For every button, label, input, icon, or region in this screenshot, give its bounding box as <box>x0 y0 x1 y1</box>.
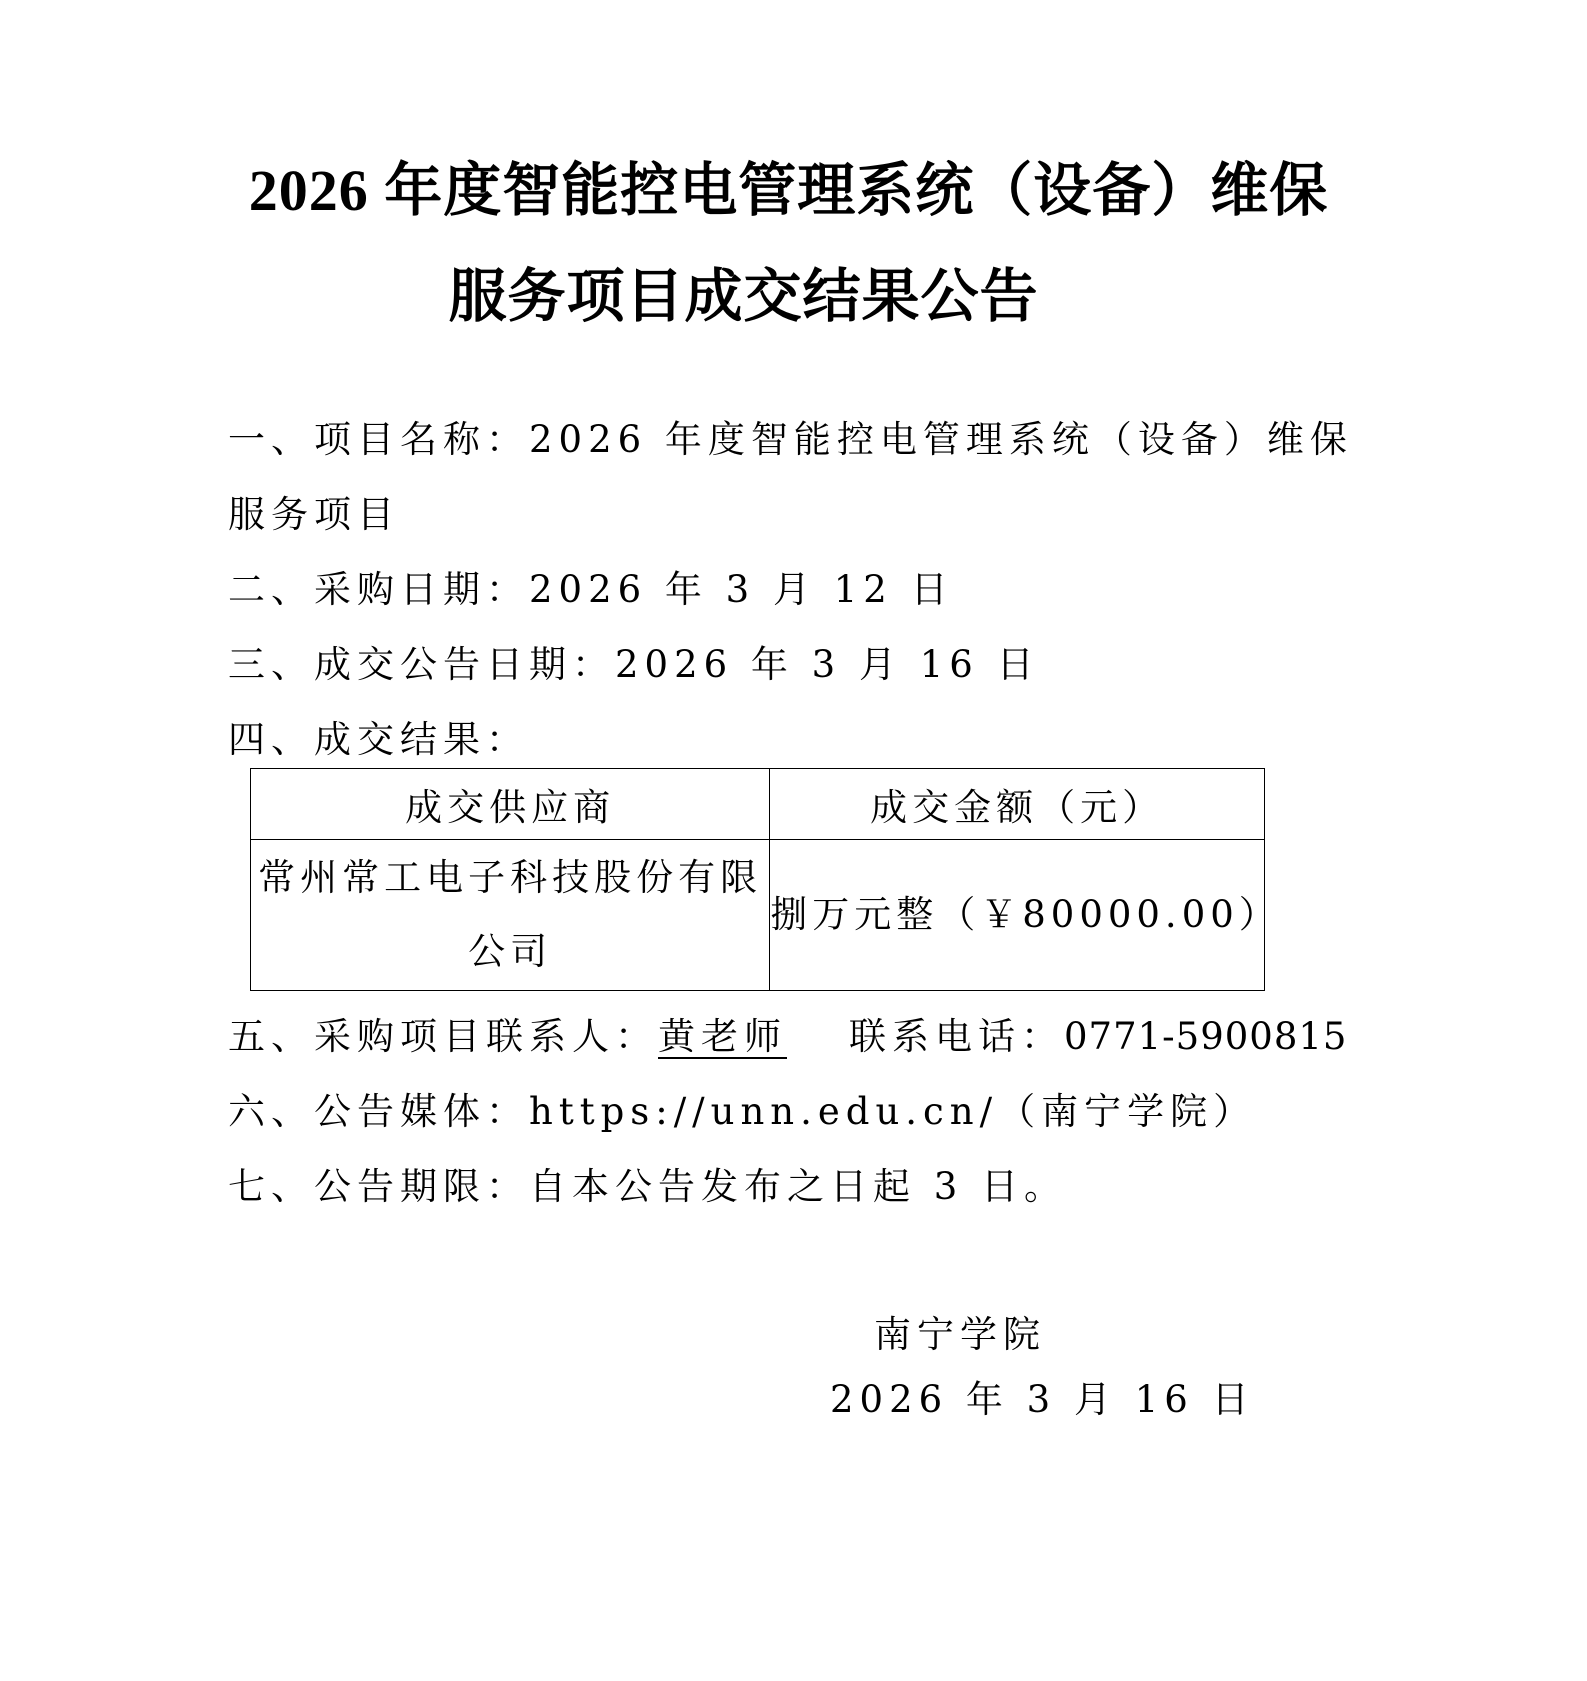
phone-label: 联系电话： <box>849 1015 1064 1058</box>
project-name-line: 一、项目名称：2026 年度智能控电管理系统（设备）维保 <box>228 415 1353 465</box>
supplier-name-line-1: 常州常工电子科技股份有限 <box>251 841 769 915</box>
period-line: 七、公告期限：自本公告发布之日起 3 日。 <box>228 1162 1067 1212</box>
announcement-date-line: 三、成交公告日期：2026 年 3 月 16 日 <box>228 640 1040 690</box>
announcement-date-value: 2026 年 3 月 16 日 <box>615 643 1040 686</box>
media-label: 六、公告媒体： <box>228 1090 529 1133</box>
project-name-continuation: 服务项目 <box>228 490 400 540</box>
document-title-line-2: 服务项目成交结果公告 <box>0 262 1537 332</box>
contact-line: 五、采购项目联系人：黄老师联系电话：0771-5900815 <box>228 1012 1347 1062</box>
announcement-date-label: 三、成交公告日期： <box>228 643 615 686</box>
signature-organization: 南宁学院 <box>874 1310 1046 1360</box>
supplier-name-line-2: 公司 <box>251 915 769 989</box>
amount-cell: 捌万元整（￥80000.00） <box>770 840 1265 991</box>
header-amount: 成交金额（元） <box>770 769 1265 840</box>
procurement-date-line: 二、采购日期：2026 年 3 月 12 日 <box>228 565 954 615</box>
signature-date: 2026 年 3 月 16 日 <box>830 1375 1255 1425</box>
media-line: 六、公告媒体：https://unn.edu.cn/（南宁学院） <box>228 1087 1256 1137</box>
result-table: 成交供应商 成交金额（元） 常州常工电子科技股份有限 公司 捌万元整（￥8000… <box>250 768 1265 991</box>
result-label: 四、成交结果： <box>228 715 529 765</box>
contact-name: 黄老师 <box>658 1012 809 1062</box>
period-label: 七、公告期限： <box>228 1165 529 1208</box>
procurement-date-value: 2026 年 3 月 12 日 <box>529 568 954 611</box>
phone-value: 0771-5900815 <box>1064 1015 1347 1058</box>
project-name-value: 2026 年度智能控电管理系统（设备）维保 <box>529 418 1353 461</box>
supplier-cell: 常州常工电子科技股份有限 公司 <box>251 840 770 991</box>
table-row: 常州常工电子科技股份有限 公司 捌万元整（￥80000.00） <box>251 840 1265 991</box>
header-supplier: 成交供应商 <box>251 769 770 840</box>
document-title-line-1: 2026 年度智能控电管理系统（设备）维保 <box>0 156 1582 226</box>
media-value: https://unn.edu.cn/（南宁学院） <box>529 1090 1256 1133</box>
period-value: 自本公告发布之日起 3 日。 <box>529 1165 1067 1208</box>
procurement-date-label: 二、采购日期： <box>228 568 529 611</box>
contact-label: 五、采购项目联系人： <box>228 1015 658 1058</box>
table-header-row: 成交供应商 成交金额（元） <box>251 769 1265 840</box>
project-name-label: 一、项目名称： <box>228 418 529 461</box>
